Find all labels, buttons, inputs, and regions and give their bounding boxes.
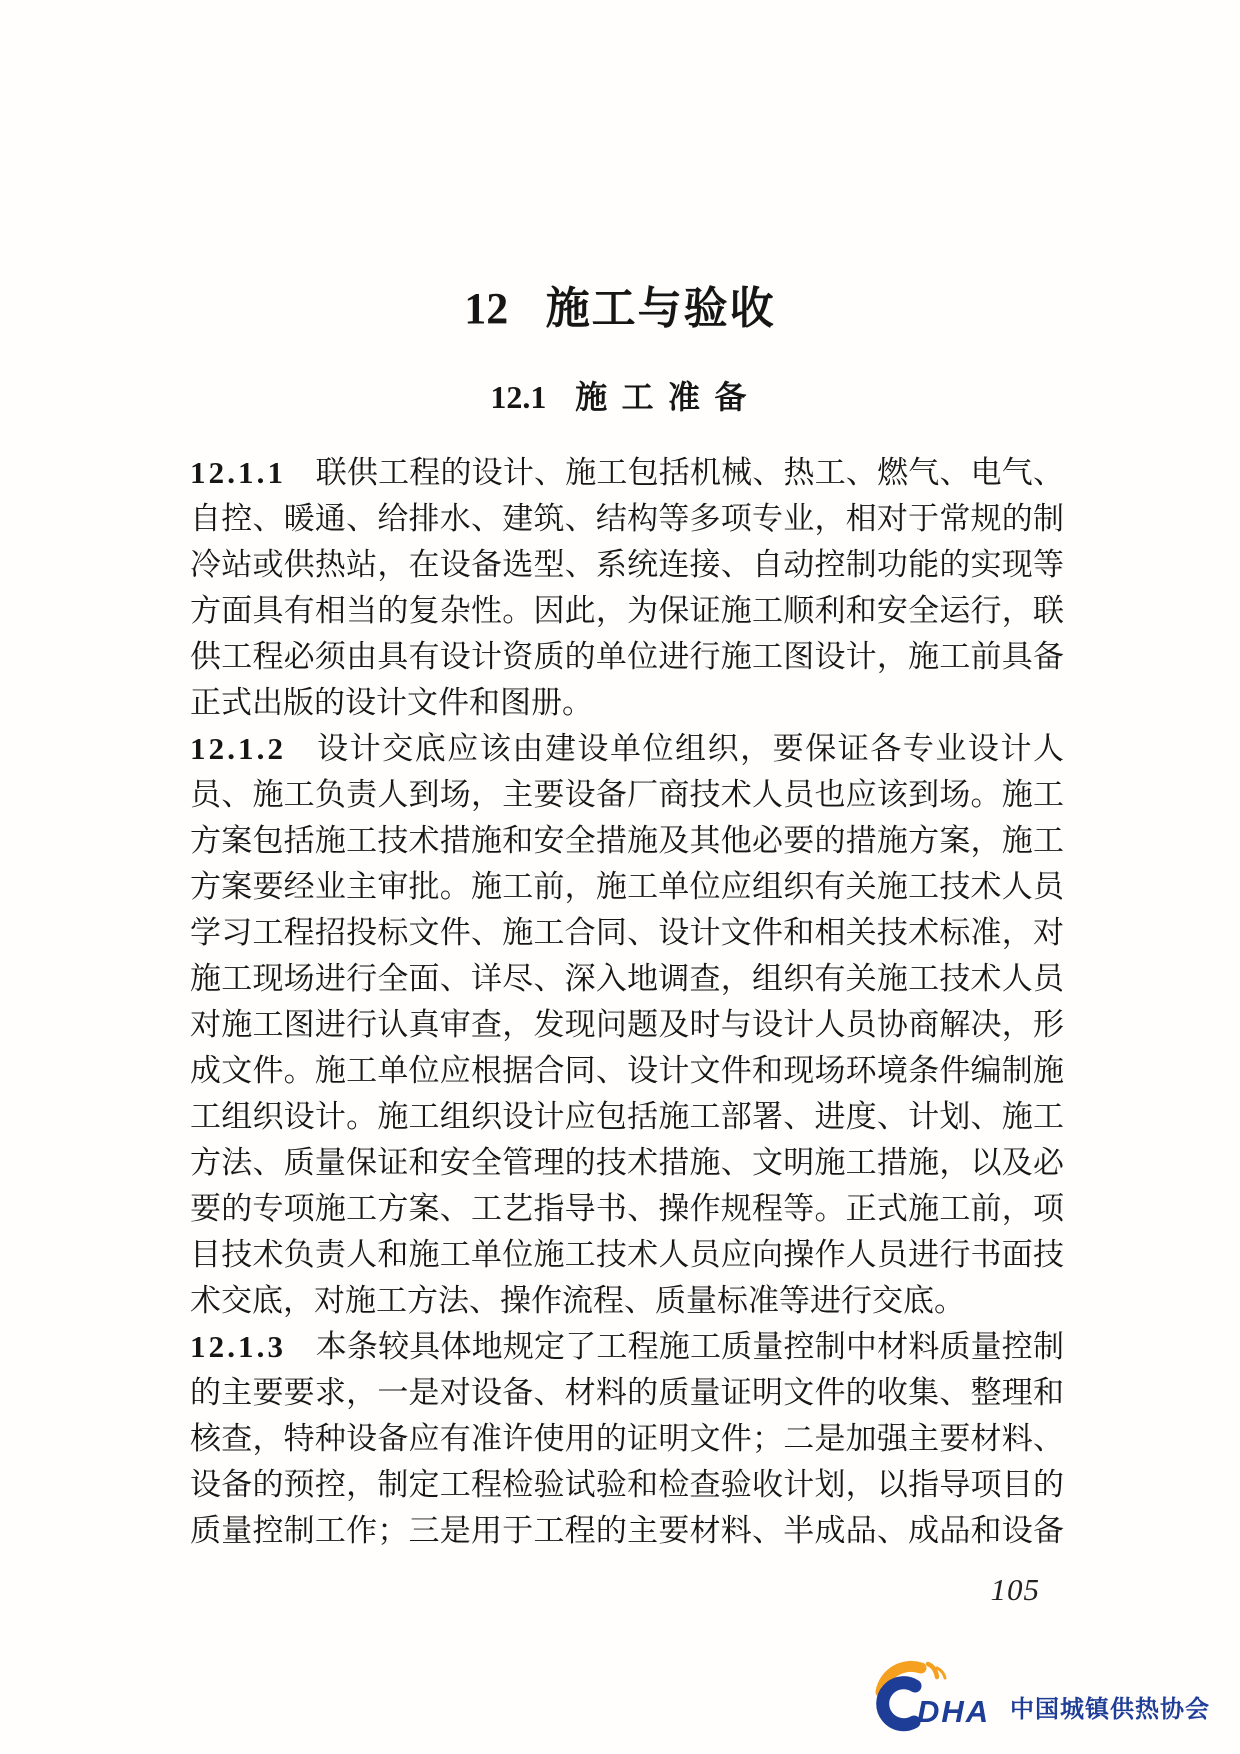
body-line: 术交底，对施工方法、操作流程、质量标准等进行交底。	[190, 1278, 1064, 1324]
body-line: 质量控制工作；三是用于工程的主要材料、半成品、成品和设备	[190, 1508, 1064, 1554]
body-line: 成文件。施工单位应根据合同、设计文件和现场环境条件编制施	[190, 1048, 1064, 1094]
body-line: 员、施工负责人到场，主要设备厂商技术人员也应该到场。施工	[190, 772, 1064, 818]
body-line: 核查，特种设备应有准许使用的证明文件；二是加强主要材料、	[190, 1416, 1064, 1462]
body-line: 方案要经业主审批。施工前，施工单位应组织有关施工技术人员	[190, 864, 1064, 910]
paragraph-text: 联供工程的设计、施工包括机械、热工、燃气、电气、	[316, 455, 1064, 490]
body-line: 要的专项施工方案、工艺指导书、操作规程等。正式施工前，项	[190, 1186, 1064, 1232]
chapter-title-text: 施工与验收	[546, 284, 776, 333]
body-line: 的主要要求，一是对设备、材料的质量证明文件的收集、整理和	[190, 1370, 1064, 1416]
body-line: 对施工图进行认真审查，发现问题及时与设计人员协商解决，形	[190, 1002, 1064, 1048]
body-line: 工组织设计。施工组织设计应包括施工部署、进度、计划、施工	[190, 1094, 1064, 1140]
section-title-text: 施 工 准 备	[575, 379, 749, 415]
body-line: 供工程必须由具有设计资质的单位进行施工图设计，施工前具备	[190, 634, 1064, 680]
cdha-logo-acronym: DHA	[917, 1694, 990, 1729]
body-line: 正式出版的设计文件和图册。	[190, 680, 1064, 726]
section-title: 12.1施 工 准 备	[0, 372, 1240, 418]
body-line: 学习工程招投标文件、施工合同、设计文件和相关技术标准，对	[190, 910, 1064, 956]
body-line: 12.1.2设计交底应该由建设单位组织，要保证各专业设计人	[190, 726, 1064, 772]
body-line: 12.1.1联供工程的设计、施工包括机械、热工、燃气、电气、	[190, 450, 1064, 496]
section-number: 12.1	[490, 379, 546, 415]
paragraph-text: 本条较具体地规定了工程施工质量控制中材料质量控制	[316, 1329, 1064, 1364]
body-line: 方面具有相当的复杂性。因此，为保证施工顺利和安全运行，联	[190, 588, 1064, 634]
body-line: 设备的预控，制定工程检验试验和检查验收计划，以指导项目的	[190, 1462, 1064, 1508]
body-line: 方法、质量保证和安全管理的技术措施、文明施工措施，以及必	[190, 1140, 1064, 1186]
chapter-number: 12	[464, 284, 508, 333]
body-line: 施工现场进行全面、详尽、深入地调查，组织有关施工技术人员	[190, 956, 1064, 1002]
logo-crescent-c	[883, 1683, 915, 1725]
body-line: 方案包括施工技术措施和安全措施及其他必要的措施方案，施工	[190, 818, 1064, 864]
body-line: 12.1.3本条较具体地规定了工程施工质量控制中材料质量控制	[190, 1324, 1064, 1370]
document-page: 12施工与验收 12.1施 工 准 备 12.1.1联供工程的设计、施工包括机械…	[0, 0, 1240, 1754]
page-number: 105	[890, 1572, 1040, 1608]
logo-wave-arc-1	[928, 1664, 937, 1677]
paragraph-number: 12.1.1	[190, 455, 286, 490]
chapter-title: 12施工与验收	[0, 272, 1240, 336]
cdha-logo: DHA 中国城镇供热协会	[874, 1660, 1210, 1734]
body-line: 自控、暖通、给排水、建筑、结构等多项专业，相对于常规的制	[190, 496, 1064, 542]
body-text: 12.1.1联供工程的设计、施工包括机械、热工、燃气、电气、自控、暖通、给排水、…	[190, 450, 1064, 1554]
cdha-logo-icon: DHA	[874, 1660, 992, 1734]
paragraph-text: 设计交底应该由建设单位组织，要保证各专业设计人	[316, 731, 1064, 766]
paragraph-number: 12.1.3	[190, 1329, 286, 1364]
body-line: 冷站或供热站，在设备选型、系统连接、自动控制功能的实现等	[190, 542, 1064, 588]
cdha-org-name: 中国城镇供热协会	[1010, 1689, 1210, 1724]
body-line: 目技术负责人和施工单位施工技术人员应向操作人员进行书面技	[190, 1232, 1064, 1278]
paragraph-number: 12.1.2	[190, 731, 286, 766]
